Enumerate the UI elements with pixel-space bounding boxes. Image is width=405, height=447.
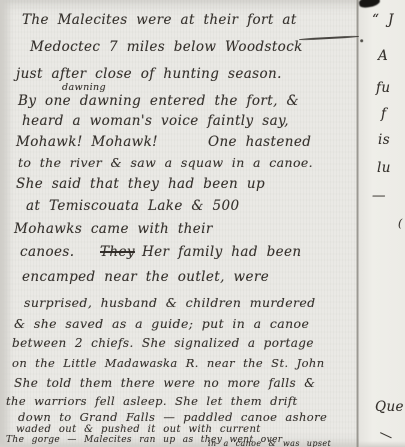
handwriting-line: — [372,188,386,204]
handwriting-line: Medoctec 7 miles below Woodstock [30,39,303,55]
handwriting-line: down to Grand Falls — paddled canoe asho… [18,410,327,424]
handwriting-line: & she saved as a guide; put in a canoe [14,316,309,331]
handwriting-line: A [378,48,388,64]
handwriting-line: She said that they had been up [16,176,265,192]
handwriting-line: surprised, husband & children murdered [24,295,316,310]
handwriting-line: dawning [62,82,106,93]
handwriting-line: in a canoe & was upset [208,439,331,447]
handwriting-line: between 2 chiefs. She signalized a porta… [12,336,314,350]
handwriting-line: She told them there were no more falls & [14,376,315,390]
handwriting-line: heard a woman's voice faintly say, [22,113,289,129]
manuscript-photo: The Malecites were at their fort atMedoc… [0,0,405,447]
handwriting-line: f [381,106,386,122]
handwriting-line: encamped near the outlet, were [22,269,269,285]
handwriting-line: the warriors fell asleep. She let them d… [6,394,298,408]
handwriting-line: Mohawk! Mohawk! [16,134,158,150]
handwriting-line: ( [398,217,403,230]
handwriting-line: just after close of hunting season. [16,66,282,82]
handwriting-line: Her family had been [142,244,302,260]
handwriting-layer: The Malecites were at their fort atMedoc… [0,0,405,447]
handwriting-line: on the Little Madawaska R. near the St. … [12,356,325,370]
handwriting-line: They [100,244,135,260]
handwriting-line: waded out & pushed it out with current [16,424,261,435]
handwriting-line: By one dawning entered the fort, & [18,93,299,109]
handwriting-line: One hastened [208,134,311,150]
handwriting-line: fu [376,80,391,96]
handwriting-line: lu [377,160,391,176]
handwriting-line: Que [375,399,404,415]
handwriting-line: — [377,425,396,445]
handwriting-line: to the river & saw a squaw in a canoe. [18,155,313,170]
handwriting-line: at Temiscouata Lake & 500 [26,198,240,214]
handwriting-line: canoes. [20,244,74,260]
handwriting-line: “ J [372,12,394,28]
handwriting-line: is [378,132,390,148]
handwriting-line: The Malecites were at their fort at [22,12,297,28]
handwriting-line: Mohawks came with their [14,221,213,237]
